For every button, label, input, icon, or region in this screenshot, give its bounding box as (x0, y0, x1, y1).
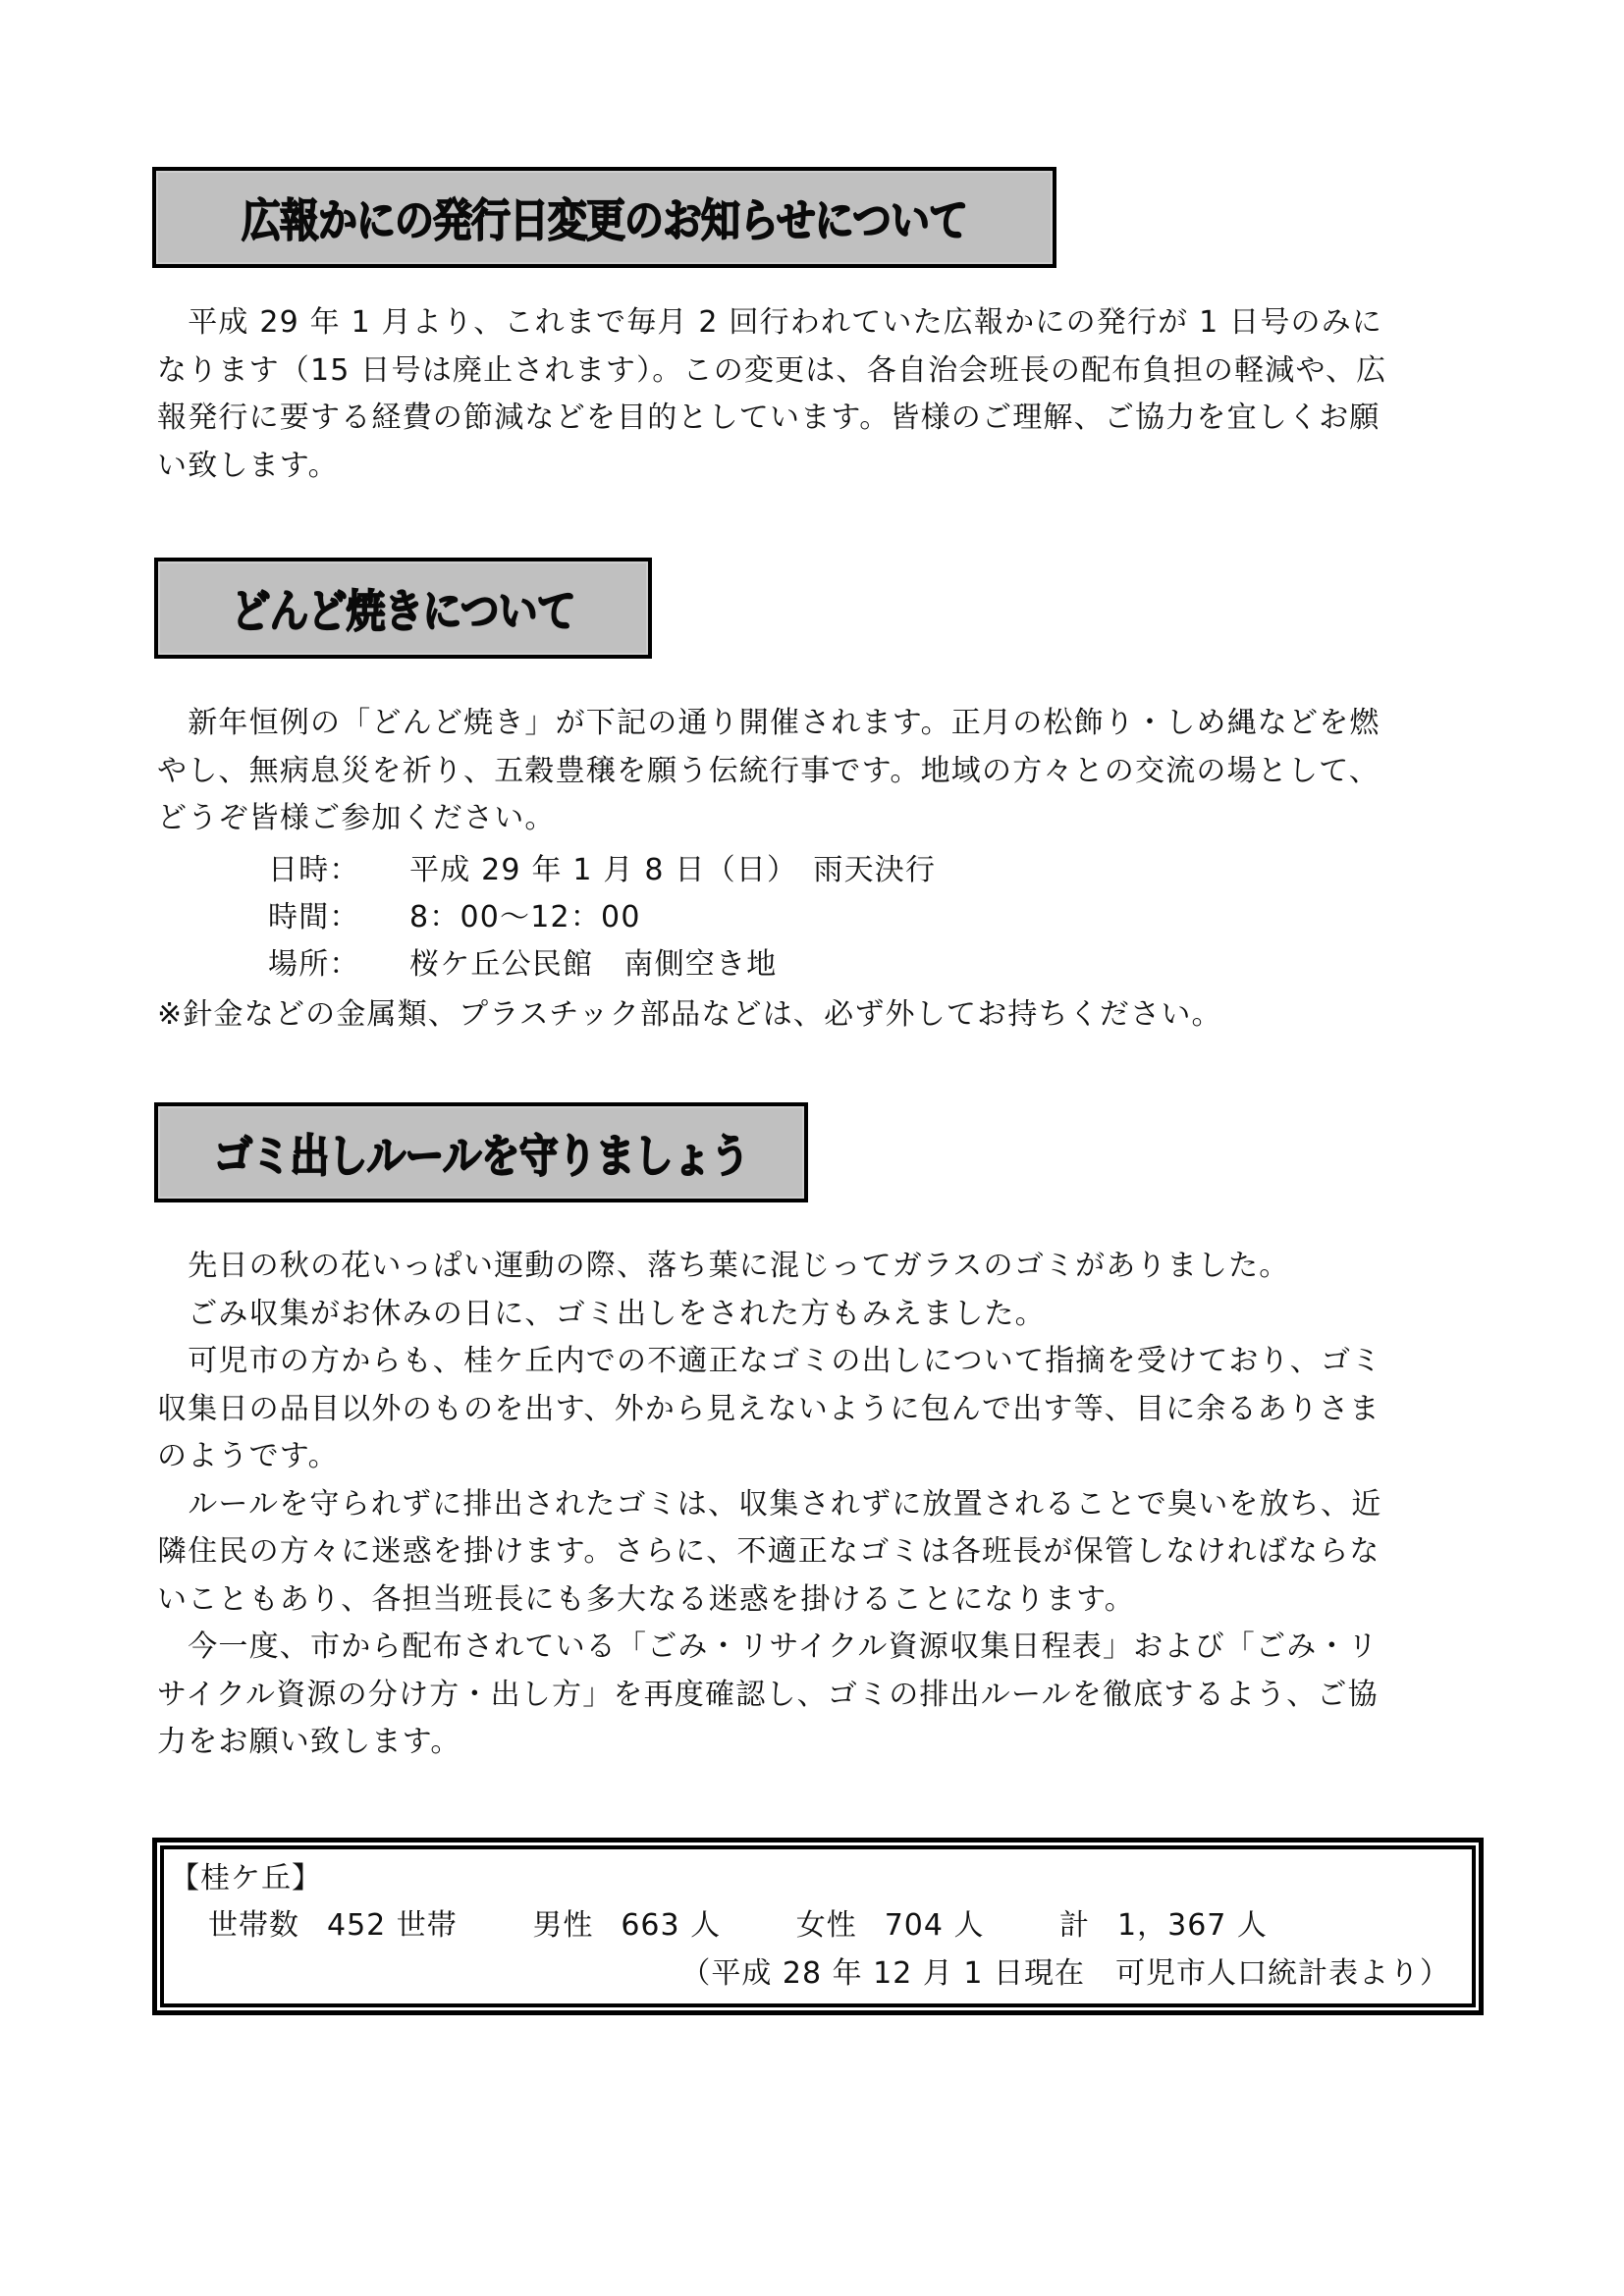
text-line: 収集日の品目以外のものを出す、外から見えないように包んで出す等、目に余るありさま (157, 1386, 1483, 1434)
detail-value: 平成 29 年 1 月 8 日（日） 雨天決行 (409, 847, 936, 894)
section-heading-newsletter-date-change: 広報かにの発行日変更のお知らせについて (152, 167, 1056, 268)
text-line: なります（15 日号は廃止されます）。この変更は、各自治会班長の配布負担の軽減や… (157, 347, 1483, 396)
detail-value: 8：00～12：00 (409, 894, 641, 941)
stats-total: 計1，367 人 (1059, 1906, 1268, 1946)
text-line: 力をお願い致します。 (157, 1719, 1483, 1767)
text-line: いこともあり、各担当班長にも多大なる迷惑を掛けることになります。 (157, 1576, 1483, 1625)
section-heading-text: 広報かにの発行日変更のお知らせについて (242, 186, 967, 250)
text-line: のようです。 (157, 1433, 1483, 1481)
stats-label: 女性 (796, 1908, 857, 1943)
text-line: 新年恒例の「どんど焼き」が下記の通り開催されます。正月の松飾り・しめ縄などを燃 (157, 700, 1483, 748)
event-detail-place: 場所： 桜ケ丘公民館 南側空き地 (268, 941, 1152, 988)
stats-male: 男性663 人 (532, 1906, 721, 1946)
text-line: ごみ収集がお休みの日に、ゴミ出しをされた方もみえました。 (157, 1291, 1483, 1339)
section-heading-garbage-rules: ゴミ出しルールを守りましょう (154, 1102, 808, 1202)
section-heading-text: ゴミ出しルールを守りましょう (213, 1120, 748, 1185)
section-heading-text: どんど焼きについて (231, 576, 574, 641)
text-line: 平成 29 年 1 月より、これまで毎月 2 回行われていた広報かにの発行が 1… (157, 299, 1483, 347)
paragraph-dondo-yaki: 新年恒例の「どんど焼き」が下記の通り開催されます。正月の松飾り・しめ縄などを燃 … (157, 700, 1483, 843)
stats-source: （平成 28 年 12 月 1 日現在 可児市人口統計表より） (680, 1954, 1450, 1994)
population-stats-inner: 【桂ケ丘】 世帯数452 世帯 男性663 人 女性704 人 計1，367 人… (160, 1845, 1476, 2007)
population-stats-box: 【桂ケ丘】 世帯数452 世帯 男性663 人 女性704 人 計1，367 人… (152, 1838, 1484, 2015)
stats-households: 世帯数452 世帯 (208, 1906, 458, 1946)
stats-title: 【桂ケ丘】 (170, 1859, 322, 1898)
text-line: 可児市の方からも、桂ケ丘内での不適正なゴミの出しについて指摘を受けており、ゴミ (157, 1338, 1483, 1386)
stats-value: 452 世帯 (327, 1908, 458, 1943)
section-heading-dondo-yaki: どんど焼きについて (154, 558, 652, 659)
stats-label: 計 (1059, 1908, 1090, 1943)
stats-value: 663 人 (621, 1908, 721, 1943)
event-note: ※針金などの金属類、プラスチック部品などは、必ず外してお持ちください。 (157, 991, 1222, 1039)
text-line: 隣住民の方々に迷惑を掛けます。さらに、不適正なゴミは各班長が保管しなければならな (157, 1528, 1483, 1576)
stats-row: 世帯数452 世帯 男性663 人 女性704 人 計1，367 人 (208, 1906, 1332, 1946)
text-line: どうぞ皆様ご参加ください。 (157, 795, 1483, 843)
detail-label: 場所： (268, 941, 360, 988)
stats-label: 世帯数 (208, 1908, 299, 1943)
paragraph-garbage-rules: 先日の秋の花いっぱい運動の際、落ち葉に混じってガラスのゴミがありました。 ごみ収… (157, 1243, 1483, 1767)
paragraph-newsletter-date-change: 平成 29 年 1 月より、これまで毎月 2 回行われていた広報かにの発行が 1… (157, 299, 1483, 490)
text-line: 今一度、市から配布されている「ごみ・リサイクル資源収集日程表」および「ごみ・リ (157, 1624, 1483, 1672)
stats-label: 男性 (532, 1908, 593, 1943)
text-line: ルールを守られずに排出されたゴミは、収集されずに放置されることで臭いを放ち、近 (157, 1481, 1483, 1529)
text-line: 報発行に要する経費の節減などを目的としています。皆様のご理解、ご協力を宜しくお願 (157, 395, 1483, 443)
text-line: サイクル資源の分け方・出し方」を再度確認し、ゴミの排出ルールを徹底するよう、ご協 (157, 1672, 1483, 1720)
text-line: やし、無病息災を祈り、五穀豊穣を願う伝統行事です。地域の方々との交流の場として、 (157, 748, 1483, 796)
stats-value: 1，367 人 (1117, 1908, 1268, 1943)
detail-value: 桜ケ丘公民館 南側空き地 (409, 941, 777, 988)
stats-female: 女性704 人 (796, 1906, 985, 1946)
text-line: 先日の秋の花いっぱい運動の際、落ち葉に混じってガラスのゴミがありました。 (157, 1243, 1483, 1291)
text-line: い致します。 (157, 443, 1483, 491)
event-detail-date: 日時： 平成 29 年 1 月 8 日（日） 雨天決行 (268, 847, 1152, 894)
event-detail-time: 時間： 8：00～12：00 (268, 894, 1152, 941)
stats-value: 704 人 (885, 1908, 985, 1943)
detail-label: 日時： (268, 847, 360, 894)
detail-label: 時間： (268, 894, 360, 941)
